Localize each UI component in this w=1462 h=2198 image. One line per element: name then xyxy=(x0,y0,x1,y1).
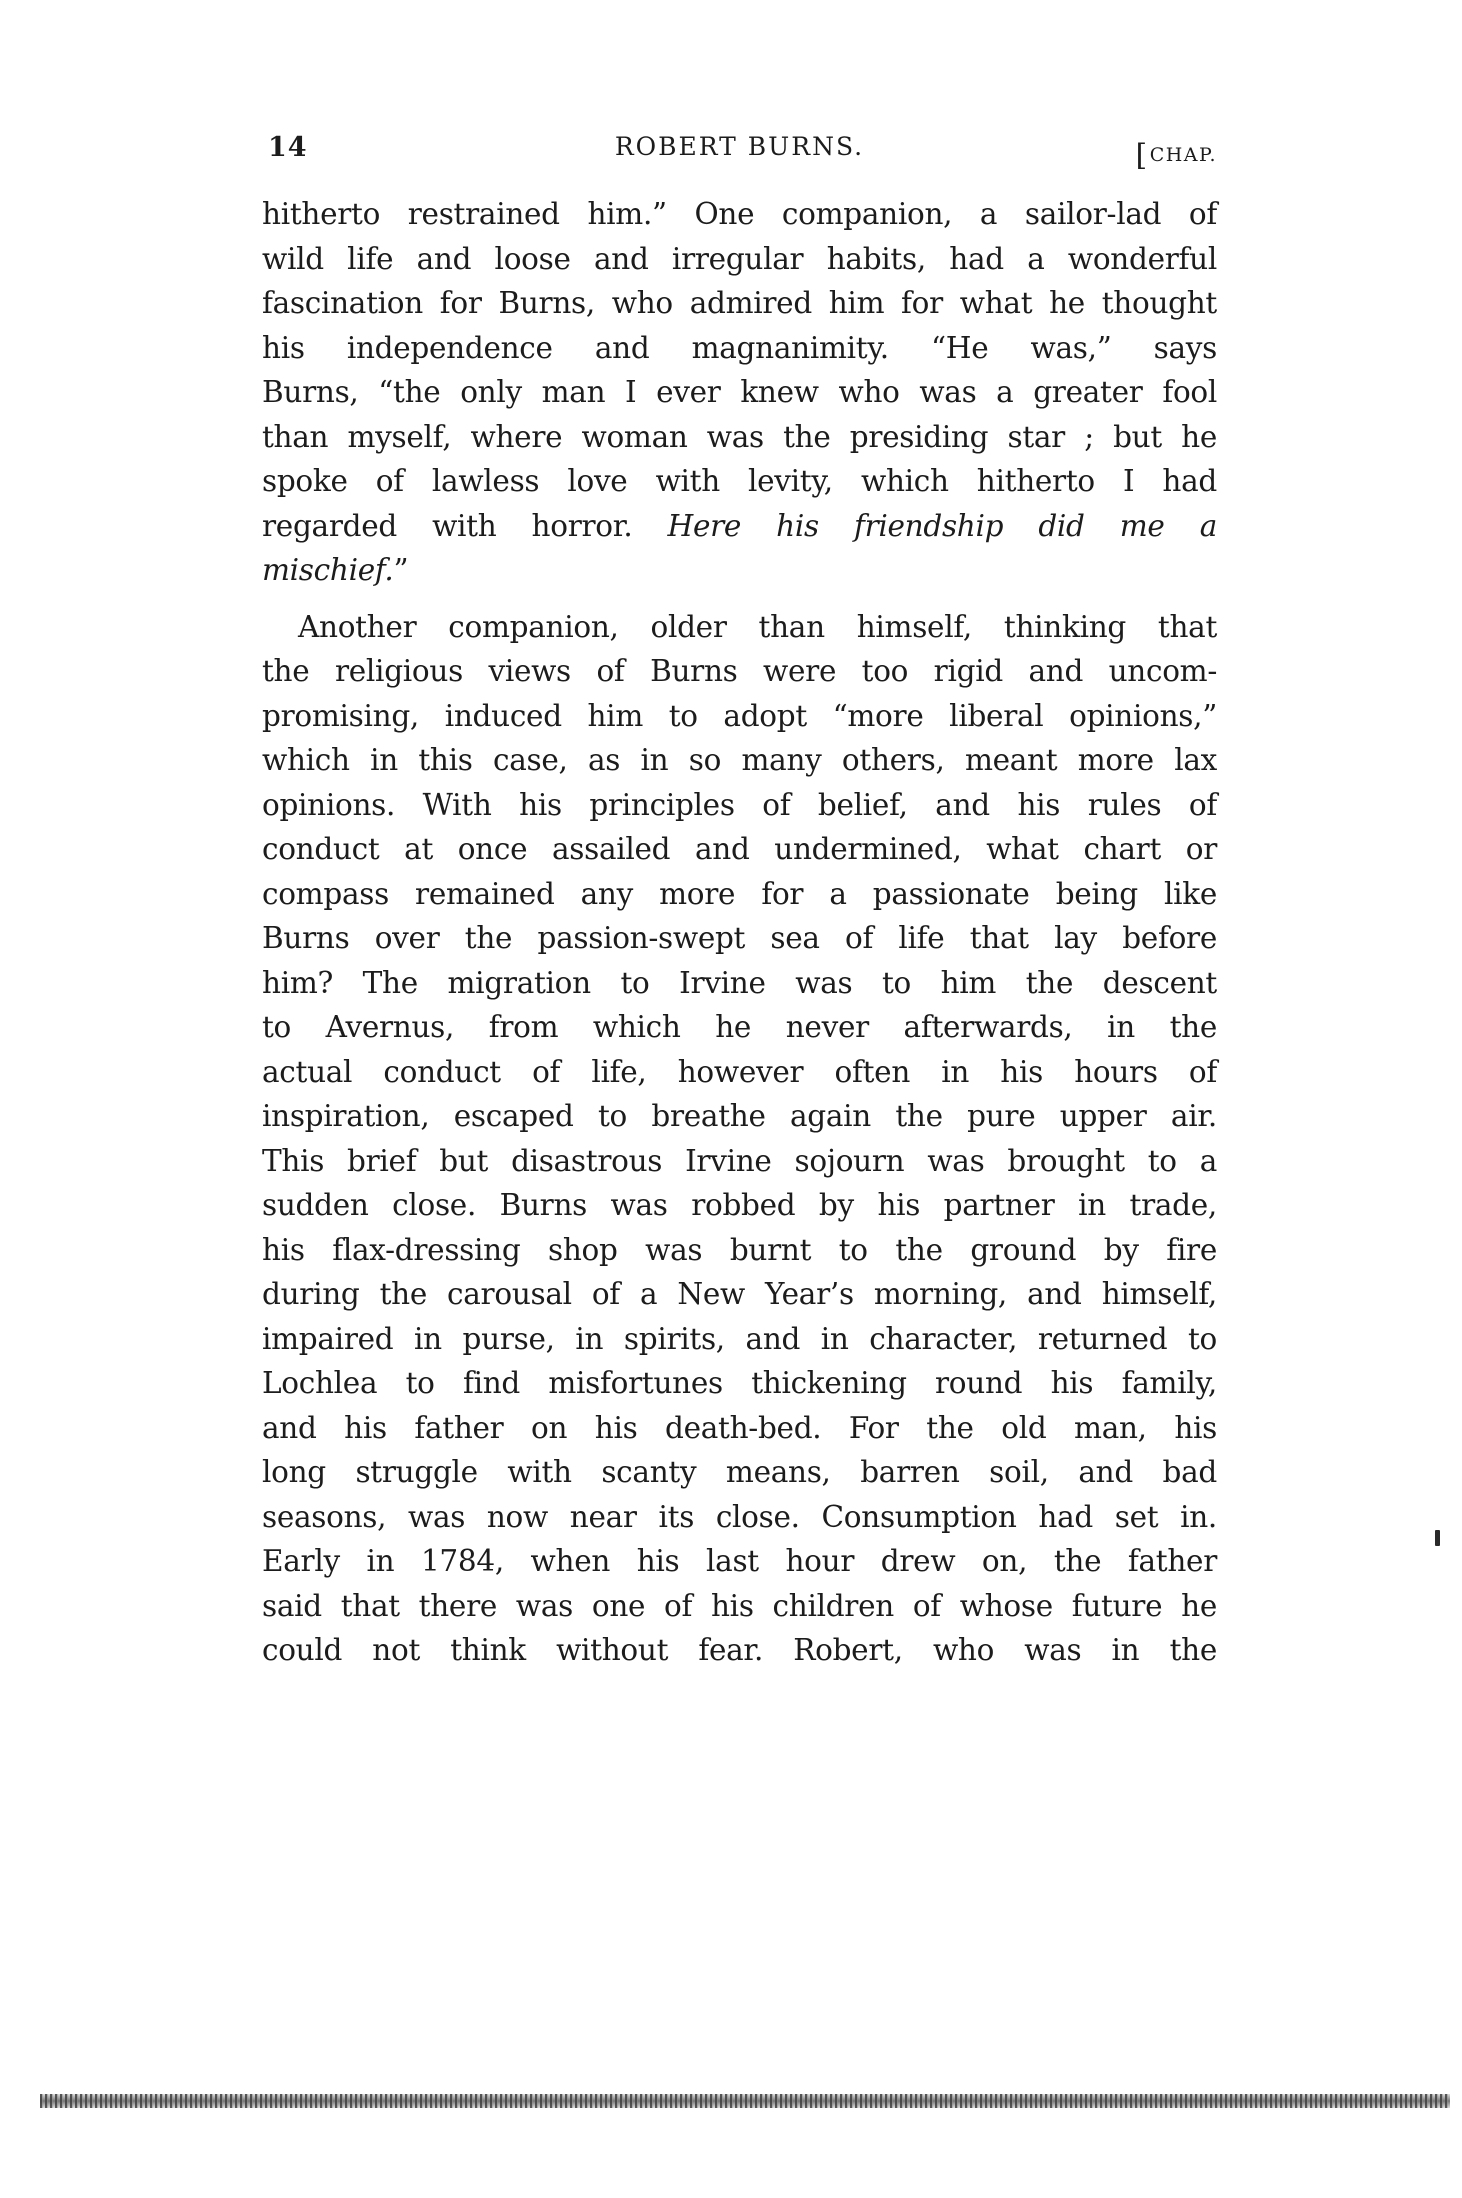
text-line: than myself, where woman was the presidi… xyxy=(262,415,1217,460)
text-line: the religious views of Burns were too ri… xyxy=(262,649,1217,694)
paragraph-gap xyxy=(262,593,1217,605)
text-line: mischief.” xyxy=(262,548,1217,593)
text-segment: hitherto restrained him.” One companion,… xyxy=(262,197,1217,231)
text-segment: Burns over the passion-swept sea of life… xyxy=(262,921,1217,955)
text-segment: wild life and loose and irregular habits… xyxy=(262,242,1217,276)
text-segment: his flax-dressing shop was burnt to the … xyxy=(262,1233,1217,1267)
text-segment: conduct at once assailed and undermined,… xyxy=(262,832,1217,866)
text-line: This brief but disastrous Irvine sojourn… xyxy=(262,1139,1217,1184)
text-segment: spoke of lawless love with levity, which… xyxy=(262,464,1217,498)
text-segment: Lochlea to find misfortunes thickening r… xyxy=(262,1366,1217,1400)
text-line: regarded with horror. Here his friendshi… xyxy=(262,504,1217,549)
text-segment: Early in 1784, when his last hour drew o… xyxy=(262,1544,1217,1578)
body-text: hitherto restrained him.” One companion,… xyxy=(262,192,1217,1673)
text-segment: Another companion, older than himself, t… xyxy=(298,610,1217,644)
text-segment: actual conduct of life, however often in… xyxy=(262,1055,1217,1089)
text-line: Burns, “the only man I ever knew who was… xyxy=(262,370,1217,415)
text-segment: during the carousal of a New Year’s morn… xyxy=(262,1277,1217,1311)
text-line: long struggle with scanty means, barren … xyxy=(262,1450,1217,1495)
text-line: fascination for Burns, who admired him f… xyxy=(262,281,1217,326)
text-line: Another companion, older than himself, t… xyxy=(262,605,1217,650)
book-page: 14 ROBERT BURNS. [CHAP. hitherto restrai… xyxy=(0,0,1462,2198)
paragraph: Another companion, older than himself, t… xyxy=(262,605,1217,1673)
text-line: and his father on his death-bed. For the… xyxy=(262,1406,1217,1451)
text-line: wild life and loose and irregular habits… xyxy=(262,237,1217,282)
text-segment: said that there was one of his children … xyxy=(262,1589,1217,1623)
text-line: inspiration, escaped to breathe again th… xyxy=(262,1094,1217,1139)
text-line: could not think without fear. Robert, wh… xyxy=(262,1628,1217,1673)
text-segment: the religious views of Burns were too ri… xyxy=(262,654,1217,688)
text-line: spoke of lawless love with levity, which… xyxy=(262,459,1217,504)
text-line: compass remained any more for a passiona… xyxy=(262,872,1217,917)
text-segment: than myself, where woman was the presidi… xyxy=(262,420,1217,454)
text-line: seasons, was now near its close. Consump… xyxy=(262,1495,1217,1540)
text-line: Lochlea to find misfortunes thickening r… xyxy=(262,1361,1217,1406)
text-segment: ” xyxy=(394,553,409,587)
text-line: hitherto restrained him.” One companion,… xyxy=(262,192,1217,237)
text-line: said that there was one of his children … xyxy=(262,1584,1217,1629)
text-segment: regarded with horror. xyxy=(262,509,668,543)
text-line: his independence and magnanimity. “He wa… xyxy=(262,326,1217,371)
text-line: conduct at once assailed and undermined,… xyxy=(262,827,1217,872)
text-line: impaired in purse, in spirits, and in ch… xyxy=(262,1317,1217,1362)
scan-speck xyxy=(1435,1530,1440,1546)
text-segment: sudden close. Burns was robbed by his pa… xyxy=(262,1188,1217,1222)
italic-text: mischief. xyxy=(262,553,394,587)
paragraph: hitherto restrained him.” One companion,… xyxy=(262,192,1217,593)
text-segment: him? The migration to Irvine was to him … xyxy=(262,966,1217,1000)
text-line: to Avernus, from which he never afterwar… xyxy=(262,1005,1217,1050)
text-segment: Burns, “the only man I ever knew who was… xyxy=(262,375,1217,409)
text-segment: his independence and magnanimity. “He wa… xyxy=(262,331,1217,365)
text-line: actual conduct of life, however often in… xyxy=(262,1050,1217,1095)
text-segment: long struggle with scanty means, barren … xyxy=(262,1455,1217,1489)
scan-edge-band xyxy=(40,2094,1450,2108)
text-segment: which in this case, as in so many others… xyxy=(262,743,1217,777)
text-line: promising, induced him to adopt “more li… xyxy=(262,694,1217,739)
text-line: Early in 1784, when his last hour drew o… xyxy=(262,1539,1217,1584)
section-marker: [CHAP. xyxy=(1135,134,1217,169)
section-label: CHAP. xyxy=(1150,144,1217,166)
text-segment: impaired in purse, in spirits, and in ch… xyxy=(262,1322,1217,1356)
text-line: his flax-dressing shop was burnt to the … xyxy=(262,1228,1217,1273)
italic-text: Here his friendship did me a xyxy=(668,509,1217,543)
text-line: during the carousal of a New Year’s morn… xyxy=(262,1272,1217,1317)
text-segment: and his father on his death-bed. For the… xyxy=(262,1411,1217,1445)
text-line: opinions. With his principles of belief,… xyxy=(262,783,1217,828)
text-segment: could not think without fear. Robert, wh… xyxy=(262,1633,1217,1667)
text-segment: to Avernus, from which he never afterwar… xyxy=(262,1010,1217,1044)
text-segment: This brief but disastrous Irvine sojourn… xyxy=(262,1144,1217,1178)
running-head: 14 ROBERT BURNS. [CHAP. xyxy=(262,128,1217,172)
text-segment: seasons, was now near its close. Consump… xyxy=(262,1500,1217,1534)
text-line: Burns over the passion-swept sea of life… xyxy=(262,916,1217,961)
text-line: him? The migration to Irvine was to him … xyxy=(262,961,1217,1006)
text-segment: compass remained any more for a passiona… xyxy=(262,877,1217,911)
running-title: ROBERT BURNS. xyxy=(262,132,1217,161)
text-segment: inspiration, escaped to breathe again th… xyxy=(262,1099,1217,1133)
text-line: sudden close. Burns was robbed by his pa… xyxy=(262,1183,1217,1228)
text-line: which in this case, as in so many others… xyxy=(262,738,1217,783)
text-segment: opinions. With his principles of belief,… xyxy=(262,788,1217,822)
section-bracket: [ xyxy=(1135,138,1148,173)
text-segment: fascination for Burns, who admired him f… xyxy=(262,286,1217,320)
text-segment: promising, induced him to adopt “more li… xyxy=(262,699,1217,733)
